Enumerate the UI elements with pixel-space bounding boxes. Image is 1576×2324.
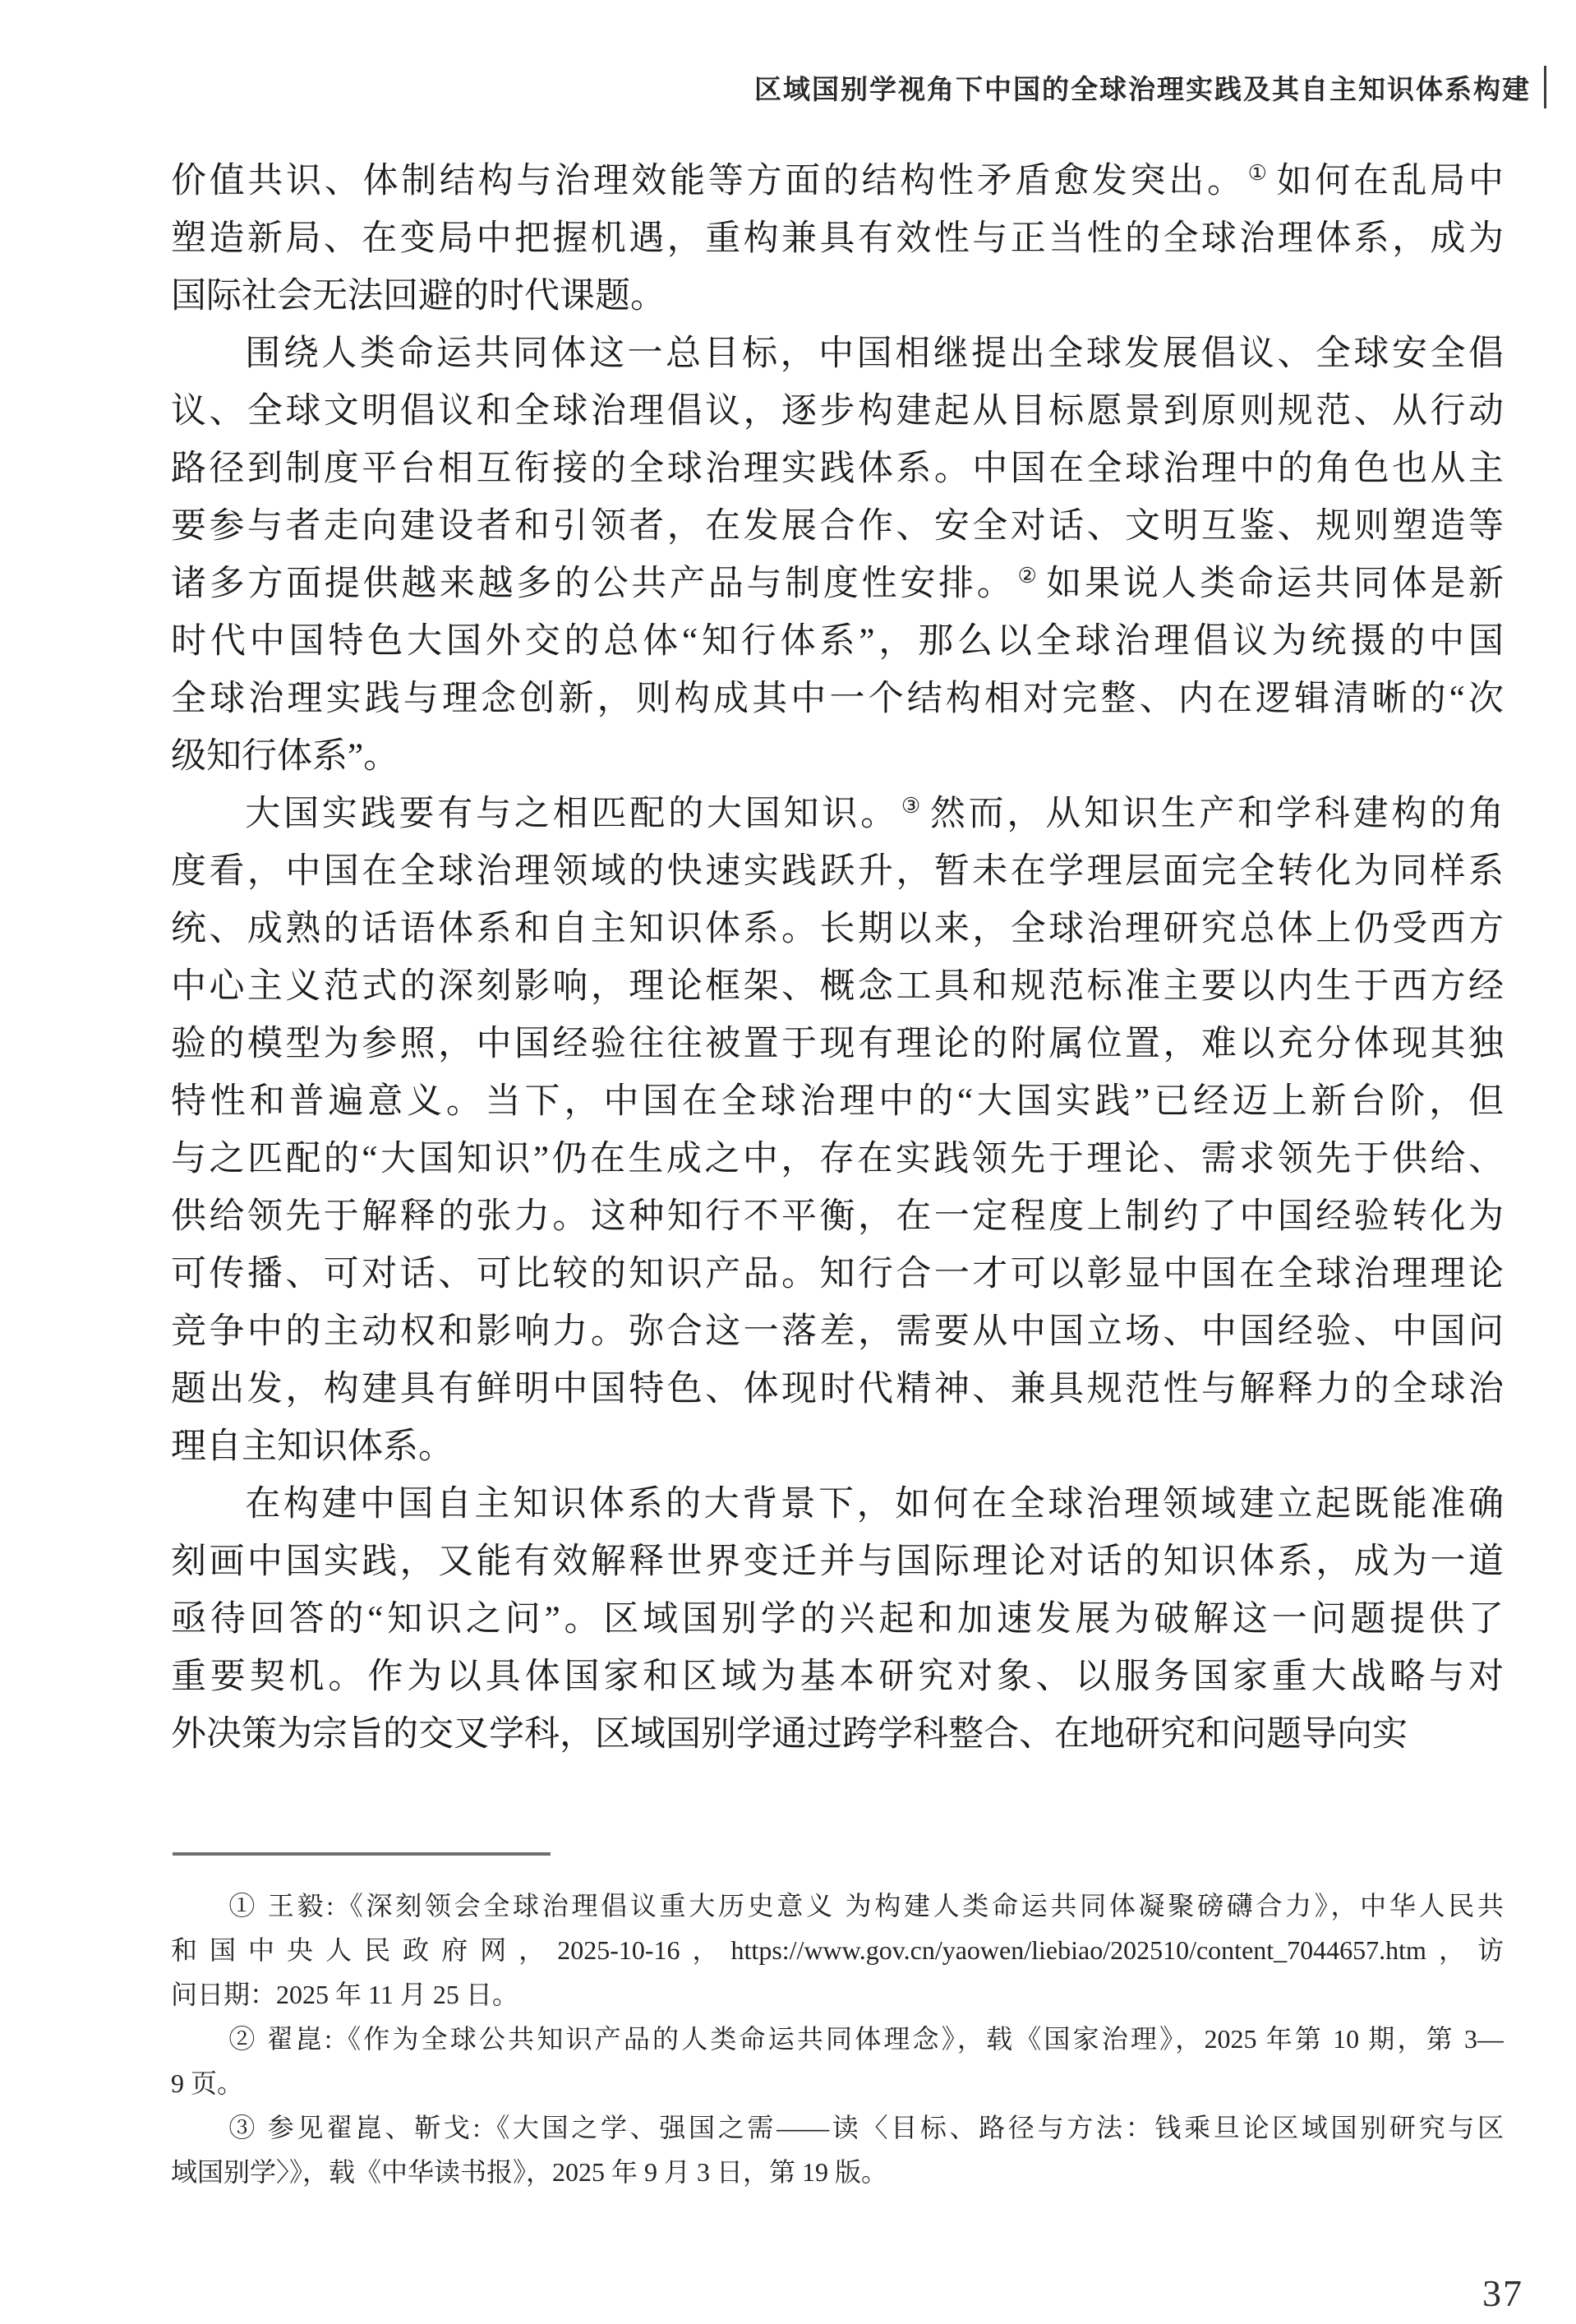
body-line: 级知行体系”。: [171, 728, 1504, 786]
body-line: 亟待回答的“知识之问”。区域国别学的兴起和加速发展为破解这一问题提供了: [171, 1591, 1504, 1648]
footnote-line: 问日期：2025 年 11 月 25 日。: [171, 1972, 1504, 2017]
body-line: 在构建中国自主知识体系的大背景下，如何在全球治理领域建立起既能准确: [171, 1476, 1504, 1533]
body-line: 中心主义范式的深刻影响，理论框架、概念工具和规范标准主要以内生于西方经: [171, 958, 1504, 1016]
footnote-line: ③ 参见翟崑、靳戈:《大国之学、强国之需——读〈目标、路径与方法：钱乘旦论区域国…: [171, 2105, 1504, 2150]
body-line: 特性和普遍意义。当下，中国在全球治理中的“大国实践”已经迈上新台阶，但: [171, 1073, 1504, 1131]
body-line: 题出发，构建具有鲜明中国特色、体现时代精神、兼具规范性与解释力的全球治: [171, 1361, 1504, 1418]
body-line: 可传播、可对话、可比较的知识产品。知行合一才可以彰显中国在全球治理理论: [171, 1246, 1504, 1303]
footnote-line: ② 翟崑:《作为全球公共知识产品的人类命运共同体理念》，载《国家治理》，2025…: [171, 2017, 1504, 2061]
body-line: 路径到制度平台相互衔接的全球治理实践体系。中国在全球治理中的角色也从主: [171, 440, 1504, 498]
footnote-line: 域国别学〉》，载《中华读书报》，2025 年 9 月 3 日，第 19 版。: [171, 2150, 1504, 2194]
body-line: 验的模型为参照，中国经验往往被置于现有理论的附属位置，难以充分体现其独: [171, 1016, 1504, 1073]
footnote-line: 和国中央人民政府网，2025-10-16，https://www.gov.cn/…: [171, 1928, 1504, 1972]
body-text: 价值共识、体制结构与治理效能等方面的结构性矛盾愈发突出。①如何在乱局中塑造新局、…: [171, 153, 1504, 1764]
running-header-title: 区域国别学视角下中国的全球治理实践及其自主知识体系构建: [754, 68, 1531, 107]
running-header: 区域国别学视角下中国的全球治理实践及其自主知识体系构建: [754, 66, 1546, 108]
body-line: 刻画中国实践，又能有效解释世界变迁并与国际理论对话的知识体系，成为一道: [171, 1533, 1504, 1591]
footnote-marker: ①: [1248, 161, 1270, 185]
footnotes: ① 王毅:《深刻领会全球治理倡议重大历史意义 为构建人类命运共同体凝聚磅礴合力》…: [171, 1884, 1504, 2194]
footnote-marker: ③: [901, 794, 924, 818]
document-page: 区域国别学视角下中国的全球治理实践及其自主知识体系构建 价值共识、体制结构与治理…: [0, 0, 1576, 2324]
body-line: 时代中国特色大国外交的总体“知行体系”，那么以全球治理倡议为统摄的中国: [171, 613, 1504, 671]
body-line: 国际社会无法回避的时代课题。: [171, 268, 1504, 325]
footnote-line: 9 页。: [171, 2061, 1504, 2105]
body-line: 围绕人类命运共同体这一总目标，中国相继提出全球发展倡议、全球安全倡: [171, 325, 1504, 383]
body-line: 统、成熟的话语体系和自主知识体系。长期以来，全球治理研究总体上仍受西方: [171, 901, 1504, 958]
body-line: 要参与者走向建设者和引领者，在发展合作、安全对话、文明互鉴、规则塑造等: [171, 498, 1504, 556]
footnote-separator: [173, 1852, 551, 1856]
footnote-marker: ②: [1017, 564, 1039, 588]
body-line: 重要契机。作为以具体国家和区域为基本研究对象、以服务国家重大战略与对: [171, 1648, 1504, 1706]
body-line: 供给领先于解释的张力。这种知行不平衡，在一定程度上制约了中国经验转化为: [171, 1188, 1504, 1246]
body-line: 大国实践要有与之相匹配的大国知识。③然而，从知识生产和学科建构的角: [171, 786, 1504, 843]
header-divider-bar: [1544, 66, 1546, 108]
body-line: 价值共识、体制结构与治理效能等方面的结构性矛盾愈发突出。①如何在乱局中: [171, 153, 1504, 210]
footnote-line: ① 王毅:《深刻领会全球治理倡议重大历史意义 为构建人类命运共同体凝聚磅礴合力》…: [171, 1884, 1504, 1928]
body-line: 理自主知识体系。: [171, 1418, 1504, 1476]
body-line: 度看，中国在全球治理领域的快速实践跃升，暂未在学理层面完全转化为同样系: [171, 843, 1504, 901]
body-line: 塑造新局、在变局中把握机遇，重构兼具有效性与正当性的全球治理体系，成为: [171, 210, 1504, 268]
body-line: 竞争中的主动权和影响力。弥合这一落差，需要从中国立场、中国经验、中国问: [171, 1303, 1504, 1361]
body-line: 议、全球文明倡议和全球治理倡议，逐步构建起从目标愿景到原则规范、从行动: [171, 383, 1504, 440]
body-line: 诸多方面提供越来越多的公共产品与制度性安排。②如果说人类命运共同体是新: [171, 556, 1504, 613]
body-line: 全球治理实践与理念创新，则构成其中一个结构相对完整、内在逻辑清晰的“次: [171, 671, 1504, 728]
body-line: 与之匹配的“大国知识”仍在生成之中，存在实践领先于理论、需求领先于供给、: [171, 1131, 1504, 1188]
body-line: 外决策为宗旨的交叉学科，区域国别学通过跨学科整合、在地研究和问题导向实: [171, 1706, 1504, 1764]
page-number: 37: [1482, 2271, 1523, 2315]
